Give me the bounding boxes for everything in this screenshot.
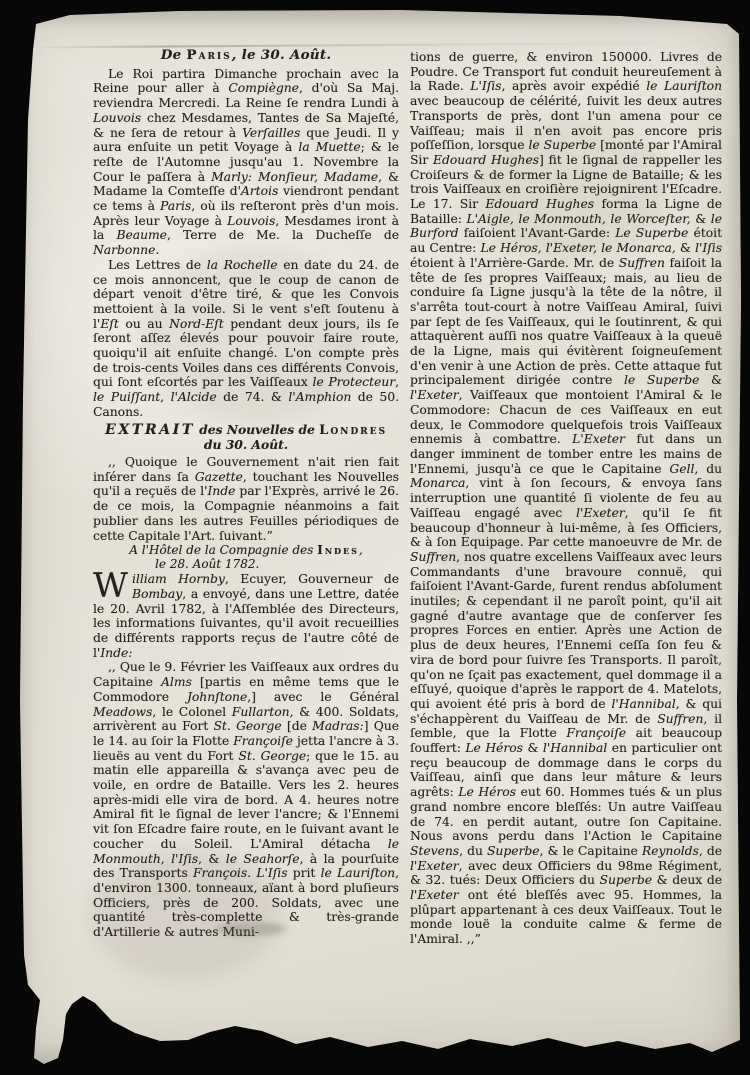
paragraph-court-news: Le Roi partira Dimanche prochain avec la… [93,67,399,258]
paragraph-naval-report: ,, Que le 9. Février les Vaiſſeaux aux o… [93,660,399,939]
text-segment: L'Iſis [470,79,501,93]
text-segment: Gazette [195,470,243,484]
text-segment: [de [282,719,313,733]
text-segment: l'Iſis [171,852,198,866]
text-segment: , nos quatre excellens Vaiſſeaux avec le… [410,550,722,711]
text-segment: Beaume [116,228,167,242]
text-segment: Les Lettres de [108,258,207,272]
text-segment: Le Héros [458,785,516,799]
text-segment: Marly: [211,170,252,184]
text-segment: Louvois [93,111,141,125]
byline-date: le 28. Août 1782. [93,557,399,571]
text-segment: , & [198,852,226,866]
text-segment: le Seahorſe [226,852,300,866]
text-segment: le Superbe [624,373,699,387]
text-segment: , du [694,462,722,476]
text-segment: , le 30. Août. [232,47,332,63]
heading-extrait-date: du 30. Août. [93,438,399,453]
photo-background: De Paris, le 30. Août.Le Roi partira Dim… [0,0,750,1075]
text-segment: Le Héros, l'Exeter, le Monarca, [480,241,675,255]
text-segment: le Puiſſant [93,390,160,404]
text-segment: l'Hannibal [611,697,675,711]
text-segment: Indes [317,543,359,557]
text-segment: Reynolds [642,844,699,858]
text-segment: faiſoient l'Avant-Garde: [459,226,616,240]
text-segment: Artois [241,184,278,198]
text-segment: Stevens [410,844,459,858]
text-segment: l'Hannibal [543,741,607,755]
text-segment: des Nouvelles de [195,422,319,437]
text-segment: le Superbe [528,138,596,152]
text-segment: , & le Capitaine [540,844,642,858]
text-segment: étoient à l'Arrière-Garde. Mr. de [410,256,619,270]
text-segment: Inde: [100,646,132,660]
text-segment: L'Iſis [256,866,287,880]
text-segment: de 74. & [217,390,289,404]
text-segment: l'Alcide [171,390,217,404]
text-segment: Fullarton [232,705,290,719]
paragraph-battle-report: tions de guerre, & environ 150000. Livre… [410,50,722,947]
text-segment: Meadows [93,705,152,719]
newspaper-page: De Paris, le 30. Août.Le Roi partira Dim… [0,0,750,1075]
text-segment: , le Colonel [152,705,231,719]
text-segment: Paris [186,47,231,63]
text-segment: Madras: [312,719,363,733]
text-segment: A l'Hôtel de la Compagnie des [129,543,317,557]
text-segment: EXTRAIT [105,422,195,438]
text-segment: & [699,373,722,387]
text-segment: Inde [207,484,235,498]
text-segment: , [359,543,363,557]
text-segment: la Rochelle [207,258,278,272]
text-segment: Suffren [410,550,456,564]
text-segment: le Lauriſton [646,79,722,93]
paragraph-gazette-quote: ,, Quoique le Gouvernement n'ait rien fa… [93,455,399,543]
text-segment: Françoiſe [233,734,293,748]
text-segment: Suffren [657,712,703,726]
text-segment: Londres [319,423,387,438]
dateline-paris: De Paris, le 30. Août. [93,48,399,64]
left-column: De Paris, le 30. Août.Le Roi partira Dim… [93,48,399,940]
text-segment: Johnſtone [187,690,247,704]
text-segment: & [691,212,711,226]
text-segment: L'Exeter [572,432,625,446]
text-segment: St. George [238,749,306,763]
text-segment: , [161,852,171,866]
text-segment: & [523,741,543,755]
text-segment: ; que le 15. au matin elle appareilla & … [93,749,399,851]
text-segment: prit [288,866,321,880]
text-segment: le 28. Août 1782. [155,557,259,571]
text-segment: François. [193,866,251,880]
text-segment: Gell [669,462,694,476]
text-segment: Suffren [619,256,665,270]
text-segment: Nord-Eſt [169,317,224,331]
text-segment: , Terre de Me. la Ducheſſe de [167,228,399,242]
ink-smudge [215,922,287,936]
text-segment: L'Aigle, le Monmouth, le Worceſter, [466,212,690,226]
paragraph-hornby-letter: William Hornby, Ecuyer, Gouverneur de Bo… [93,572,399,660]
text-segment: , [395,375,399,389]
text-segment: Eſt [100,317,118,331]
text-segment: , [160,390,170,404]
text-segment: le Lauriſton [321,866,395,880]
drop-cap: W [93,573,128,600]
right-column: tions de guerre, & environ 150000. Livre… [410,50,722,947]
text-segment: Monarca [410,476,465,490]
text-segment: du 30. Août. [204,437,288,452]
text-segment: Le Héros [465,741,523,755]
paragraph-la-rochelle: Les Lettres de la Rochelle en date du 24… [93,258,399,420]
text-segment: , après avoir expédié [502,79,647,93]
heading-extrait: EXTRAIT des Nouvelles de Londres [93,423,399,439]
text-segment: Le Superbe [615,226,688,240]
text-segment: l'Exeter [410,388,459,402]
text-segment: Alms [161,675,192,689]
text-segment: St. George [214,719,282,733]
text-segment: Edouard Hughes [485,197,594,211]
text-segment: la Muette [298,140,360,154]
text-segment: Louvois [227,214,275,228]
text-segment: l'Amphion [288,390,351,404]
text-segment: , Ecuyer, Gouverneur de [225,572,399,586]
text-segment: & [676,241,695,255]
text-segment: , du [459,844,487,858]
text-segment: Superbe [600,873,653,887]
text-segment: l'Exeter [576,506,625,520]
text-segment: faiſoit la tête de ſes propres Vaiſſeaux… [410,256,722,388]
text-segment: Paris [160,199,191,213]
text-segment: ,] avec le Général [247,690,399,704]
text-segment: Compiègne [228,81,299,95]
text-segment: l'Exeter [410,859,459,873]
text-segment: De [161,47,187,63]
text-segment: le Protecteur [312,375,395,389]
text-segment: Monſieur, Madame [258,170,378,184]
text-segment: , de [699,844,722,858]
text-segment: . [155,243,159,257]
text-segment: ou au [119,317,169,331]
text-segment: l'Exeter [410,888,459,902]
text-segment: Bombay [132,587,182,601]
text-segment: & deux de [652,873,722,887]
byline-compagnie-indes: A l'Hôtel de la Compagnie des Indes, [93,543,399,557]
text-segment: Françoiſe [566,726,626,740]
text-segment: Verſailles [242,126,300,140]
text-segment: Superbe [487,844,540,858]
text-segment: l'Iſis [695,241,722,255]
text-segment: illiam Hornby [132,572,225,586]
text-segment: Narbonne [93,243,155,257]
text-segment: Edouard Hughes [433,153,539,167]
